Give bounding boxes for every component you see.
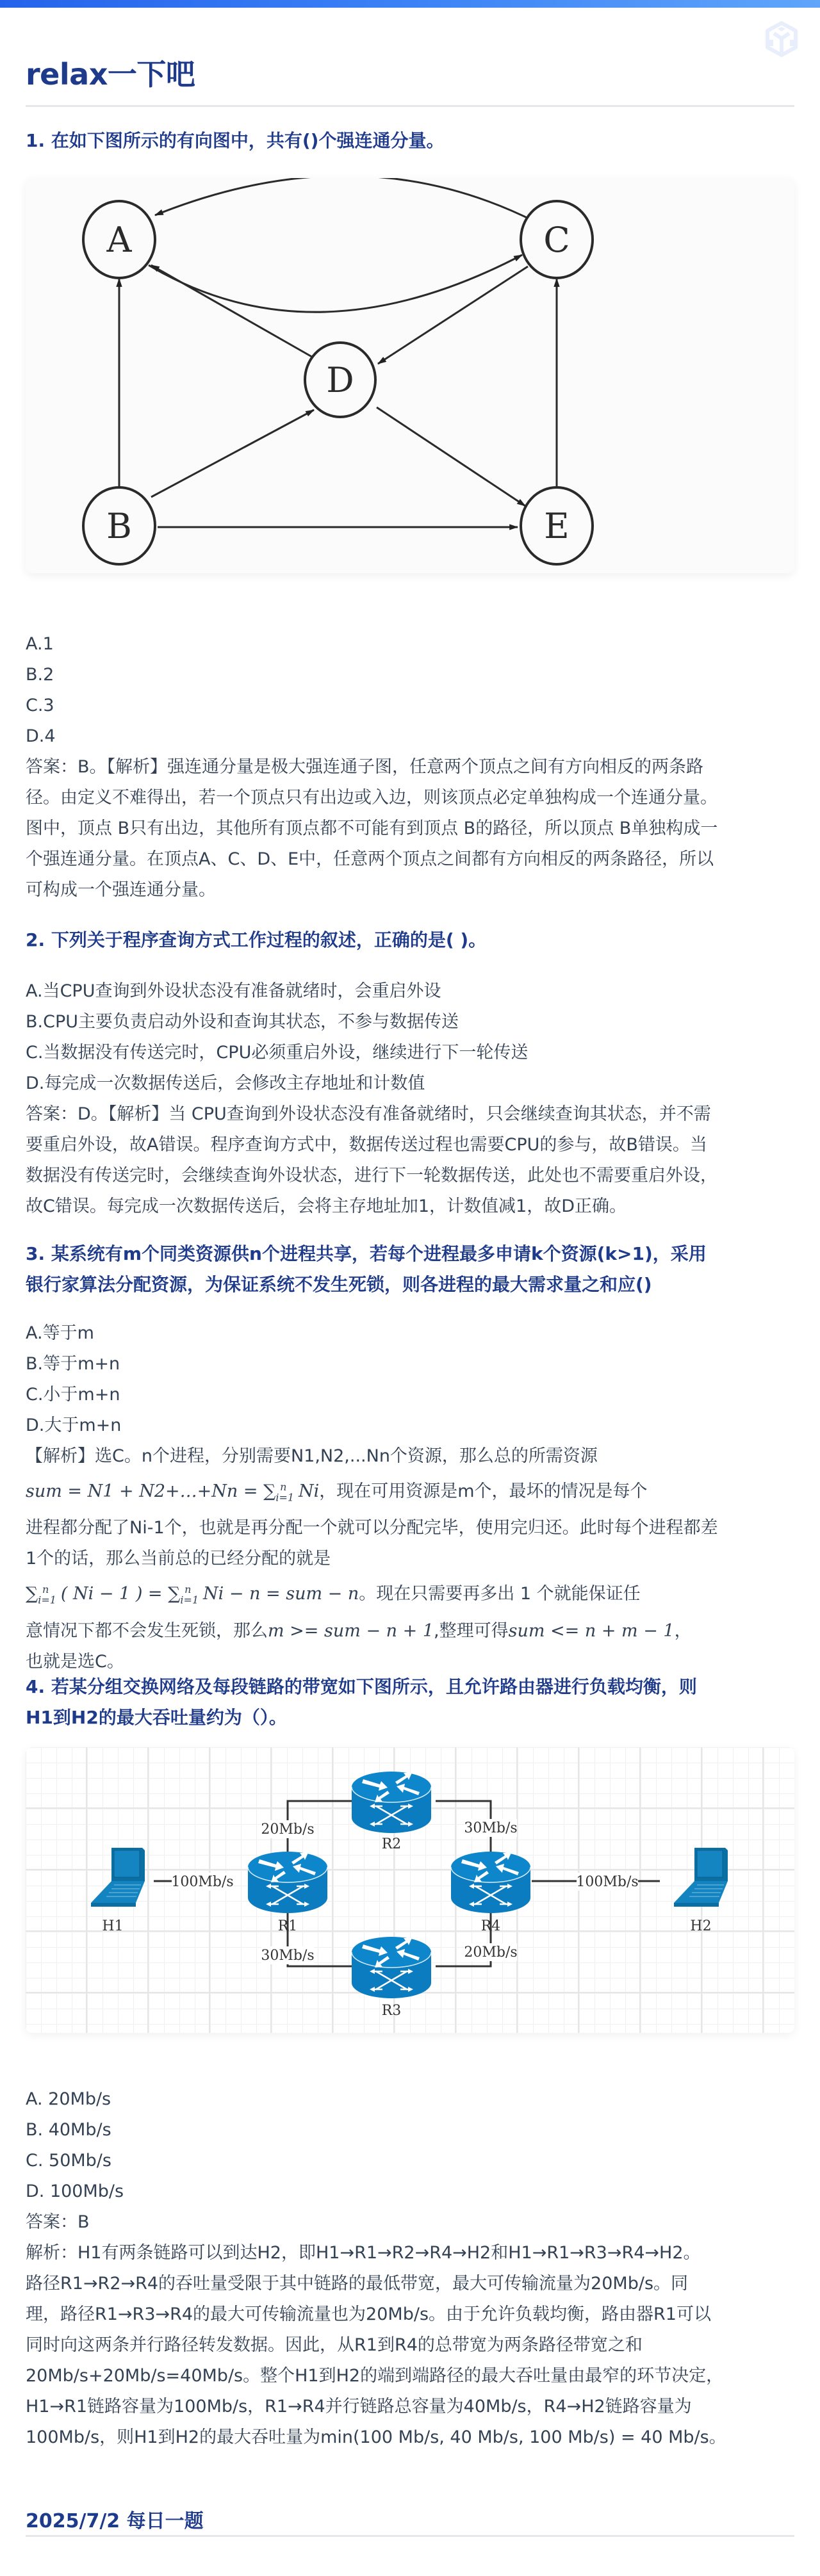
option-c: C.小于m+n — [26, 1380, 794, 1410]
svg-text:H2: H2 — [690, 1918, 711, 1934]
answer-line: 100Mb/s，则H1到H2的最大吞吐量为min(100 Mb/s, 40 Mb… — [26, 2422, 794, 2453]
option-c: C. 50Mb/s — [26, 2146, 794, 2176]
answer-line: 解析：H1有两条链路可以到达H2，即H1→R1→R2→R4→H2和H1→R1→R… — [26, 2238, 794, 2269]
svg-text:A: A — [106, 220, 133, 260]
answer-line: 答案：B — [26, 2207, 794, 2238]
question-1-graph-figure: A C D B E — [26, 178, 794, 573]
answer-line: 答案：D。【解析】当 CPU查询到外设状态没有准备就绪时，只会继续查询其状态，并… — [26, 1099, 794, 1130]
laptop-h2-icon — [674, 1848, 728, 1907]
directed-graph-diagram: A C D B E — [26, 178, 794, 573]
svg-text:C: C — [543, 220, 570, 260]
option-d: D.大于m+n — [26, 1410, 794, 1441]
question-4-options: A. 20Mb/s B. 40Mb/s C. 50Mb/s D. 100Mb/s… — [26, 2084, 794, 2453]
answer-line: 可构成一个强连通分量。 — [26, 875, 794, 906]
answer-line: 数据没有传送完时，会继续查询外设状态，进行下一轮数据传送，此处也不需要重启外设， — [26, 1161, 794, 1191]
answer-line: 故C错误。每完成一次数据传送后，会将主存地址加1，计数值减1，故D正确。 — [26, 1191, 794, 1222]
question-1-title: 1. 在如下图所示的有向图中，共有()个强连通分量。 — [26, 126, 794, 156]
svg-text:100Mb/s: 100Mb/s — [576, 1874, 638, 1890]
option-a: A. 20Mb/s — [26, 2084, 794, 2115]
svg-text:H1: H1 — [102, 1918, 123, 1934]
question-2-title: 2. 下列关于程序查询方式工作过程的叙述，正确的是( )。 — [26, 925, 794, 956]
explanation-math-line: ∑i=1n ( Ni − 1 ) = ∑i=1n Ni − n = sum − … — [26, 1574, 794, 1615]
question-1-options: A.1 B.2 C.3 D.4 答案：B。【解析】强连通分量是极大强连通子图，任… — [26, 629, 794, 906]
option-b: B.等于m+n — [26, 1349, 794, 1380]
option-b: B. 40Mb/s — [26, 2115, 794, 2146]
answer-line: 图中，顶点 B只有出边，其他所有顶点都不可能有到顶点 B的路径，所以顶点 B单独… — [26, 813, 794, 844]
question-3-title: 3. 某系统有m个同类资源供n个进程共享，若每个进程最多申请k个资源(k>1)，… — [26, 1239, 794, 1300]
answer-line: 径。由定义不难得出，若一个顶点只有出边或入边，则该顶点必定单独构成一个连通分量。 — [26, 783, 794, 813]
router-r1-icon — [248, 1852, 327, 1913]
option-a: A.等于m — [26, 1318, 794, 1349]
page-title: relax一下吧 — [26, 56, 195, 92]
option-d: D.4 — [26, 721, 794, 752]
answer-line: H1→R1链路容量为100Mb/s，R1→R4并行链路总容量为40Mb/s，R4… — [26, 2392, 794, 2422]
router-r2-icon — [352, 1772, 431, 1833]
option-c: C.3 — [26, 690, 794, 721]
question-3-options: A.等于m B.等于m+n C.小于m+n D.大于m+n — [26, 1318, 794, 1441]
router-r4-icon — [451, 1852, 530, 1913]
router-r3-icon — [352, 1937, 431, 1998]
svg-text:E: E — [544, 506, 569, 546]
svg-text:20Mb/s: 20Mb/s — [261, 1822, 314, 1838]
option-b: B.2 — [26, 660, 794, 690]
svg-text:30Mb/s: 30Mb/s — [464, 1820, 517, 1836]
svg-text:R4: R4 — [481, 1918, 501, 1934]
date-heading: 2025/7/2 每日一题 — [26, 2507, 204, 2536]
question-3-explanation: 【解析】选C。n个进程，分别需要N1,N2,...Nn个资源，那么总的所需资源 … — [26, 1441, 794, 1677]
question-4-title: 4. 若某分组交换网络及每段链路的带宽如下图所示，且允许路由器进行负载均衡，则 … — [26, 1672, 794, 1733]
svg-text:D: D — [326, 360, 354, 400]
svg-text:R1: R1 — [278, 1918, 298, 1934]
svg-text:30Mb/s: 30Mb/s — [261, 1948, 314, 1964]
svg-text:R3: R3 — [382, 2003, 402, 2019]
explanation-math-line: sum = N1 + N2+…+Nn = ∑i=1n Ni，现在可用资源是m个，… — [26, 1472, 794, 1513]
question-2-options: A.当CPU查询到外设状态没有准备就绪时，会重启外设 B.CPU主要负责启动外设… — [26, 976, 794, 1222]
explanation-math-line: 意情况下都不会发生死锁，那么m >= sum − n + 1,整理可得sum <… — [26, 1616, 794, 1647]
answer-line: 路径R1→R2→R4的吞吐量受限于其中链路的最低带宽，最大可传输流量为20Mb/… — [26, 2269, 794, 2299]
answer-line: 个强连通分量。在顶点A、C、D、E中，任意两个顶点之间都有方向相反的两条路径，所… — [26, 844, 794, 875]
network-diagram: 20Mb/s 30Mb/s 100Mb/s 100Mb/s 30Mb/s 20M… — [26, 1747, 794, 2033]
option-b: B.CPU主要负责启动外设和查询其状态，不参与数据传送 — [26, 1007, 794, 1038]
option-c: C.当数据没有传送完时，CPU必须重启外设，继续进行下一轮传送 — [26, 1038, 794, 1068]
hexagon-logo-icon — [765, 20, 798, 58]
top-accent-bar — [0, 0, 820, 8]
question-4-network-figure: 20Mb/s 30Mb/s 100Mb/s 100Mb/s 30Mb/s 20M… — [26, 1747, 794, 2033]
answer-line: 同时向这两条并行路径转发数据。因此，从R1到R4的总带宽为两条路径带宽之和 — [26, 2330, 794, 2361]
answer-line: 答案：B。【解析】强连通分量是极大强连通子图，任意两个顶点之间有方向相反的两条路 — [26, 752, 794, 783]
option-a: A.当CPU查询到外设状态没有准备就绪时，会重启外设 — [26, 976, 794, 1007]
svg-text:R2: R2 — [382, 1836, 402, 1852]
option-d: D. 100Mb/s — [26, 2176, 794, 2207]
answer-line: 20Mb/s+20Mb/s=40Mb/s。整个H1到H2的端到端路径的最大吞吐量… — [26, 2361, 794, 2392]
svg-text:100Mb/s: 100Mb/s — [171, 1874, 233, 1890]
title-divider — [26, 105, 794, 107]
answer-line: 理，路径R1→R3→R4的最大可传输流量也为20Mb/s。由于允许负载均衡，路由… — [26, 2299, 794, 2330]
answer-line: 要重启外设，故A错误。程序查询方式中，数据传送过程也需要CPU的参与，故B错误。… — [26, 1130, 794, 1161]
option-a: A.1 — [26, 629, 794, 660]
date-divider — [26, 2535, 794, 2537]
svg-text:20Mb/s: 20Mb/s — [464, 1944, 517, 1961]
laptop-h1-icon — [91, 1848, 145, 1907]
option-d: D.每完成一次数据传送后，会修改主存地址和计数值 — [26, 1068, 794, 1099]
svg-text:B: B — [106, 506, 132, 546]
